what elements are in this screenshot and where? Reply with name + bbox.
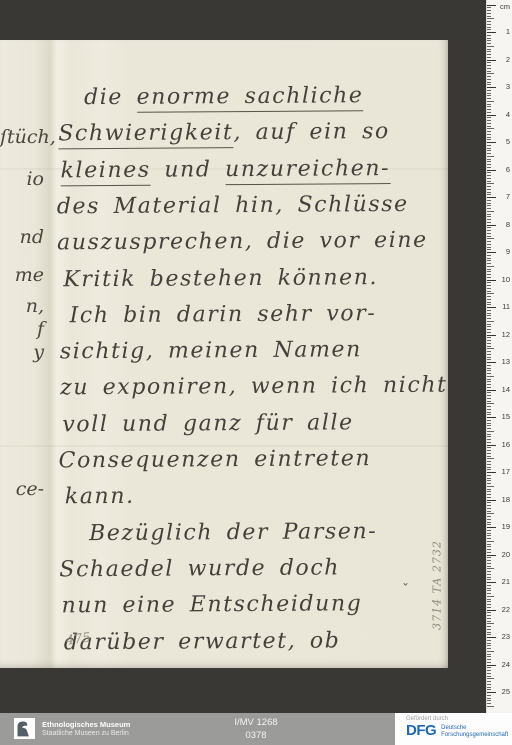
ruler-tick [487, 359, 491, 360]
ruler-tick [487, 689, 491, 690]
ruler-number: 21 [502, 578, 510, 586]
ruler-tick [487, 522, 491, 523]
ruler-tick [487, 27, 491, 28]
ruler-number: 6 [506, 166, 510, 174]
handwriting-segment: auszusprechen, die vor eine [57, 228, 428, 256]
ruler-number: 1 [506, 28, 510, 36]
ruler-tick [487, 527, 496, 528]
ruler-tick [487, 615, 491, 616]
handwriting-fragment: nd [0, 226, 44, 248]
handwriting-fragment: io [0, 168, 44, 190]
handwriting-fragment: y [0, 341, 44, 363]
pencil-margin-note: 3714 TA 2732 [431, 540, 444, 630]
ruler-tick [487, 98, 491, 99]
letter-line: Schwierigkeit, auf ein so [58, 119, 390, 146]
ruler-tick [487, 665, 496, 666]
ruler-number: 12 [502, 331, 510, 339]
ruler-tick [487, 538, 491, 539]
ruler-tick [487, 648, 491, 649]
ruler-number: 3 [506, 83, 510, 91]
ruler-tick [487, 420, 491, 421]
ruler-tick [487, 560, 491, 561]
letter-line: Schaedel wurde doch [59, 555, 340, 582]
ruler-tick [487, 439, 491, 440]
ruler-tick [487, 346, 491, 347]
ruler-tick [487, 651, 494, 652]
ruler-tick [487, 62, 491, 63]
ruler-tick [487, 249, 491, 250]
ruler-tick [487, 150, 491, 151]
ruler-tick [487, 530, 491, 531]
scan-page-number: 0378 [234, 730, 277, 743]
handwriting-segment: nun eine Entscheidung [62, 591, 363, 618]
handwriting-fragment: ce- [0, 478, 44, 500]
handwriting-segment: Schaedel wurde doch [59, 555, 340, 582]
inventory-id: I/MV 1268 [234, 717, 277, 730]
ruler-tick [487, 368, 491, 369]
ruler-tick [487, 296, 491, 297]
ruler-tick [487, 428, 491, 429]
ruler-tick [487, 670, 491, 671]
ruler-tick [487, 260, 491, 261]
ruler-tick [487, 566, 491, 567]
ruler-tick [487, 461, 491, 462]
ruler-tick [487, 673, 491, 674]
ruler-tick [487, 167, 491, 168]
handwriting-segment: Bezüglich der Parsen- [89, 519, 377, 546]
ruler-tick [487, 365, 491, 366]
ruler-tick [487, 13, 491, 14]
handwriting-segment: die [84, 85, 137, 110]
ruler-tick [487, 148, 491, 149]
ruler-tick [487, 519, 491, 520]
ruler-number: 2 [506, 56, 510, 64]
letter-line: auszusprechen, die vor eine [57, 228, 428, 256]
ruler-tick [487, 271, 491, 272]
ruler-tick [487, 467, 491, 468]
ruler-tick [487, 511, 491, 512]
ruler-tick [487, 38, 491, 39]
ruler-tick [487, 632, 491, 633]
letter-line: kleines und unzureichen- [60, 156, 390, 183]
handwriting-fragment: f [0, 318, 44, 340]
ruler-tick [487, 255, 491, 256]
ruler-tick [487, 68, 491, 69]
ruler-tick [487, 164, 491, 165]
ruler-tick [487, 450, 491, 451]
ruler-tick [487, 112, 491, 113]
ruler-tick [487, 274, 491, 275]
ruler-tick [487, 40, 491, 41]
ruler-tick [487, 607, 491, 608]
ruler-tick [487, 60, 496, 61]
museum-subtitle: Staatliche Museen zu Berlin [42, 729, 130, 738]
ruler-tick [487, 244, 491, 245]
ruler-tick [487, 227, 491, 228]
ruler-number: 4 [506, 111, 510, 119]
ruler-tick [487, 703, 491, 704]
ruler-tick [487, 161, 491, 162]
ruler-tick [487, 131, 491, 132]
ruler-tick [487, 263, 491, 264]
ruler-tick [487, 329, 491, 330]
ruler-tick [487, 500, 496, 501]
ruler-tick [487, 698, 491, 699]
handwriting-segment: kann. [65, 484, 135, 509]
ruler-tick [487, 137, 491, 138]
ruler-tick [487, 115, 496, 116]
ruler-tick [487, 412, 491, 413]
dfg-name: Deutsche Forschungsgemeinschaft [441, 723, 508, 739]
scan-stage: ſtüch,iondmen,fyce- die enorme sachliche… [0, 0, 512, 745]
handwriting-segment: darüber erwartet, ob [64, 628, 341, 655]
ruler-tick [487, 425, 491, 426]
dfg-name-line2: Forschungsgemeinschaft [441, 732, 508, 738]
ruler-tick [487, 238, 494, 239]
ruler-number: 17 [502, 468, 510, 476]
letter-line: nun eine Entscheidung [62, 591, 363, 618]
ruler-tick [487, 200, 491, 201]
ruler-tick [487, 384, 491, 385]
ruler-tick [487, 557, 491, 558]
ruler-tick [487, 51, 491, 52]
ruler-tick [487, 351, 491, 352]
ruler-tick [487, 662, 491, 663]
handwriting-segment: voll und ganz für alle [62, 410, 354, 437]
handwriting-segment: zu exponiren, wenn ich nicht [60, 373, 448, 401]
ruler-tick [487, 533, 491, 534]
handwriting-segment: , auf ein so [233, 119, 390, 145]
ruler-tick [487, 645, 491, 646]
ruler-tick [487, 549, 491, 550]
ruler-tick [487, 145, 491, 146]
ruler-tick [487, 16, 491, 17]
dfg-logo: DFG Deutsche Forschungsgemeinschaft [406, 723, 508, 739]
ruler-number: 5 [506, 138, 510, 146]
footer-museum-section: Ethnologisches Museum Staatliche Museen … [0, 713, 395, 745]
ruler-unit-label: cm [500, 2, 510, 11]
ruler-tick [487, 236, 491, 237]
ruler-tick [487, 434, 491, 435]
ruler-tick [487, 494, 491, 495]
ruler-number: 24 [502, 661, 510, 669]
ruler-tick [487, 395, 491, 396]
handwriting-fragment: ſtüch, [0, 126, 44, 148]
ruler-tick [487, 524, 491, 525]
ruler-tick [487, 175, 491, 176]
ruler-tick [487, 266, 494, 267]
handwriting-segment: Kritik bestehen können. [63, 265, 378, 292]
ruler-tick [487, 695, 491, 696]
ruler-tick [487, 46, 494, 47]
ruler-tick [487, 544, 491, 545]
ruler-tick [487, 247, 491, 248]
footer-bar: Ethnologisches Museum Staatliche Museen … [0, 713, 512, 745]
ruler-tick [487, 348, 494, 349]
ruler-tick [487, 225, 496, 226]
letter-text-block: die enorme sachlicheSchwierigkeit, auf e… [56, 83, 446, 666]
ruler-tick [487, 186, 491, 187]
letter-line: zu exponiren, wenn ich nicht [60, 373, 448, 401]
ruler-tick [487, 373, 491, 374]
letter-line: des Material hin, Schlüsse [57, 192, 409, 219]
handwriting-segment: Schwierigkeit [58, 120, 233, 149]
ruler-tick [487, 381, 491, 382]
ruler-number: 19 [502, 523, 510, 531]
ruler-tick [487, 197, 496, 198]
ruler-tick [487, 513, 494, 514]
ruler-tick [487, 491, 491, 492]
ruler-tick [487, 321, 494, 322]
ruler-tick [487, 417, 496, 418]
dfg-name-line1: Deutsche [441, 725, 466, 731]
ruler-tick [487, 659, 491, 660]
ruler-tick [487, 546, 491, 547]
ruler-tick [487, 555, 496, 556]
ruler-tick [487, 156, 494, 157]
pencil-check-mark: ˇ [402, 582, 409, 598]
letter-line: Consequenzen eintreten [59, 446, 372, 473]
ruler-tick [487, 288, 491, 289]
letter-page: ſtüch,iondmen,fyce- die enorme sachliche… [0, 40, 448, 668]
ruler-tick [487, 618, 491, 619]
ruler-tick [487, 310, 491, 311]
ruler-number: 22 [502, 606, 510, 614]
ruler-tick [487, 637, 496, 638]
ruler-tick [487, 172, 491, 173]
ruler-tick [487, 409, 491, 410]
ruler-tick [487, 43, 491, 44]
ruler-tick [487, 667, 491, 668]
ruler-tick [487, 431, 494, 432]
handwriting-fragment: n, [0, 295, 44, 317]
ruler-tick [487, 5, 496, 6]
ruler-tick [487, 483, 491, 484]
ruler-tick [487, 49, 491, 50]
ruler-tick [487, 357, 491, 358]
ruler-tick [487, 76, 491, 77]
ruler-tick [487, 57, 491, 58]
ruler-tick [487, 442, 491, 443]
ruler-tick [487, 684, 491, 685]
ruler-tick [487, 392, 491, 393]
ruler-tick [487, 194, 491, 195]
ruler-tick [487, 497, 491, 498]
ruler-tick [487, 681, 491, 682]
ruler-tick [487, 447, 491, 448]
ruler-tick [487, 211, 494, 212]
ruler-tick [487, 640, 491, 641]
ruler-tick [487, 436, 491, 437]
ruler-number: 7 [506, 193, 510, 201]
ruler-tick [487, 24, 491, 25]
ruler-tick [487, 423, 491, 424]
ruler-tick [487, 269, 491, 270]
ruler-tick [487, 453, 491, 454]
ruler-tick [487, 604, 491, 605]
ruler-tick [487, 612, 491, 613]
ruler-tick [487, 700, 491, 701]
ruler-tick [487, 192, 491, 193]
ruler-number: 25 [502, 688, 510, 696]
ruler-tick [487, 324, 491, 325]
ruler-tick [487, 95, 491, 96]
ruler-tick [487, 387, 491, 388]
ruler-number: 23 [502, 633, 510, 641]
ruler-tick [487, 35, 491, 36]
ruler-tick [487, 552, 491, 553]
museum-text: Ethnologisches Museum Staatliche Museen … [42, 720, 130, 738]
ruler-tick [487, 181, 491, 182]
ruler-tick [487, 596, 494, 597]
ruler-tick [487, 126, 491, 127]
letter-line: darüber erwartet, ob [64, 628, 341, 655]
ruler-tick [487, 7, 491, 8]
ruler-tick [487, 65, 491, 66]
ruler-tick [487, 621, 491, 622]
ruler-tick [487, 277, 491, 278]
ruler-tick [487, 623, 494, 624]
handwriting-segment: und [151, 157, 226, 183]
ruler-tick [487, 93, 491, 94]
ruler-tick [487, 337, 491, 338]
ruler-tick [487, 582, 496, 583]
ruler-tick [487, 502, 491, 503]
ruler-tick [487, 120, 491, 121]
ruler-tick [487, 219, 491, 220]
ruler-tick [487, 153, 491, 154]
ruler-tick [487, 32, 496, 33]
ruler-tick [487, 505, 491, 506]
ruler-tick [487, 183, 494, 184]
ruler-tick [487, 313, 491, 314]
ruler-tick [487, 643, 491, 644]
ruler-tick [487, 282, 491, 283]
ruler-tick [487, 508, 491, 509]
ruler-tick [487, 535, 491, 536]
ruler-tick [487, 315, 491, 316]
ruler-tick [487, 588, 491, 589]
ruler-number: 16 [502, 441, 510, 449]
ruler-tick [487, 326, 491, 327]
ruler-tick [487, 585, 491, 586]
ruler-tick [487, 590, 491, 591]
ruler-tick [487, 29, 491, 30]
ruler-tick [487, 318, 491, 319]
ruler-tick [487, 208, 491, 209]
ruler-tick [487, 302, 491, 303]
ruler-tick [487, 458, 494, 459]
museum-name: Ethnologisches Museum [42, 720, 130, 729]
previous-page-edge: ſtüch,iondmen,fyce- [0, 40, 48, 668]
handwriting-segment: enorme sachliche [137, 83, 364, 113]
ruler-tick [487, 687, 491, 688]
ruler-tick [487, 21, 491, 22]
handwriting-segment: Consequenzen eintreten [59, 446, 372, 473]
ruler-tick [487, 214, 491, 215]
ruler-tick [487, 478, 491, 479]
ruler-tick [487, 285, 491, 286]
ruler-tick [487, 626, 491, 627]
ruler-tick [487, 456, 491, 457]
museum-logo-icon [14, 718, 35, 739]
ruler-number: 18 [502, 496, 510, 504]
ruler-tick [487, 571, 491, 572]
ruler-tick [487, 139, 491, 140]
ruler-tick [487, 475, 491, 476]
ruler-tick [487, 307, 496, 308]
ruler-tick [487, 82, 491, 83]
ruler-tick [487, 101, 494, 102]
ruler-tick [487, 706, 494, 707]
ruler-tick [487, 469, 491, 470]
letter-line: die enorme sachliche [84, 83, 364, 110]
ruler-tick [487, 445, 496, 446]
ruler-tick [487, 376, 494, 377]
ruler-tick [487, 406, 491, 407]
ruler-tick [487, 280, 496, 281]
ruler-number: 15 [502, 413, 510, 421]
ruler-tick [487, 379, 491, 380]
ruler-tick [487, 692, 496, 693]
ruler-tick [487, 516, 491, 517]
ruler-tick [487, 390, 496, 391]
ruler-tick [487, 258, 491, 259]
ruler-tick [487, 233, 491, 234]
ruler-tick [487, 599, 491, 600]
ruler-tick [487, 104, 491, 105]
ruler-tick [487, 480, 491, 481]
ruler-tick [487, 343, 491, 344]
handwriting-segment: sichtig, meinen Namen [60, 337, 362, 364]
ruler-tick [487, 128, 494, 129]
ruler-tick [487, 71, 491, 72]
ruler-tick [487, 601, 491, 602]
ruler-number: 10 [502, 276, 510, 284]
ruler-tick [487, 414, 491, 415]
letter-line: Bezüglich der Parsen- [89, 519, 377, 546]
ruler-tick [487, 134, 491, 135]
ruler-tick [487, 299, 491, 300]
ruler-tick [487, 362, 496, 363]
ruler-tick [487, 340, 491, 341]
ruler-tick [487, 304, 491, 305]
letter-line: voll und ganz für alle [62, 410, 354, 437]
ruler-tick [487, 634, 491, 635]
ruler-tick [487, 189, 491, 190]
ruler-tick [487, 252, 496, 253]
ruler-tick [487, 398, 491, 399]
ruler-tick [487, 178, 491, 179]
footer-dfg-section: Gefördert durch DFG Deutsche Forschungsg… [395, 713, 512, 745]
ruler-tick [487, 241, 491, 242]
handwriting-segment: Ich bin darin sehr vor- [70, 301, 377, 328]
ruler-tick [487, 486, 494, 487]
ruler-tick [487, 354, 491, 355]
ruler-tick [487, 293, 494, 294]
ruler-number: 8 [506, 221, 510, 229]
ruler-tick [487, 568, 494, 569]
ruler-tick [487, 205, 491, 206]
ruler-tick [487, 472, 496, 473]
handwriting-segment: unzureichen- [225, 156, 390, 185]
ruler-tick [487, 579, 491, 580]
ruler-tick [487, 335, 496, 336]
footer-id-block: I/MV 1268 0378 [234, 717, 277, 742]
letter-line: Ich bin darin sehr vor- [70, 301, 377, 328]
letter-line: sichtig, meinen Namen [60, 337, 362, 364]
ruler-tick [487, 654, 491, 655]
